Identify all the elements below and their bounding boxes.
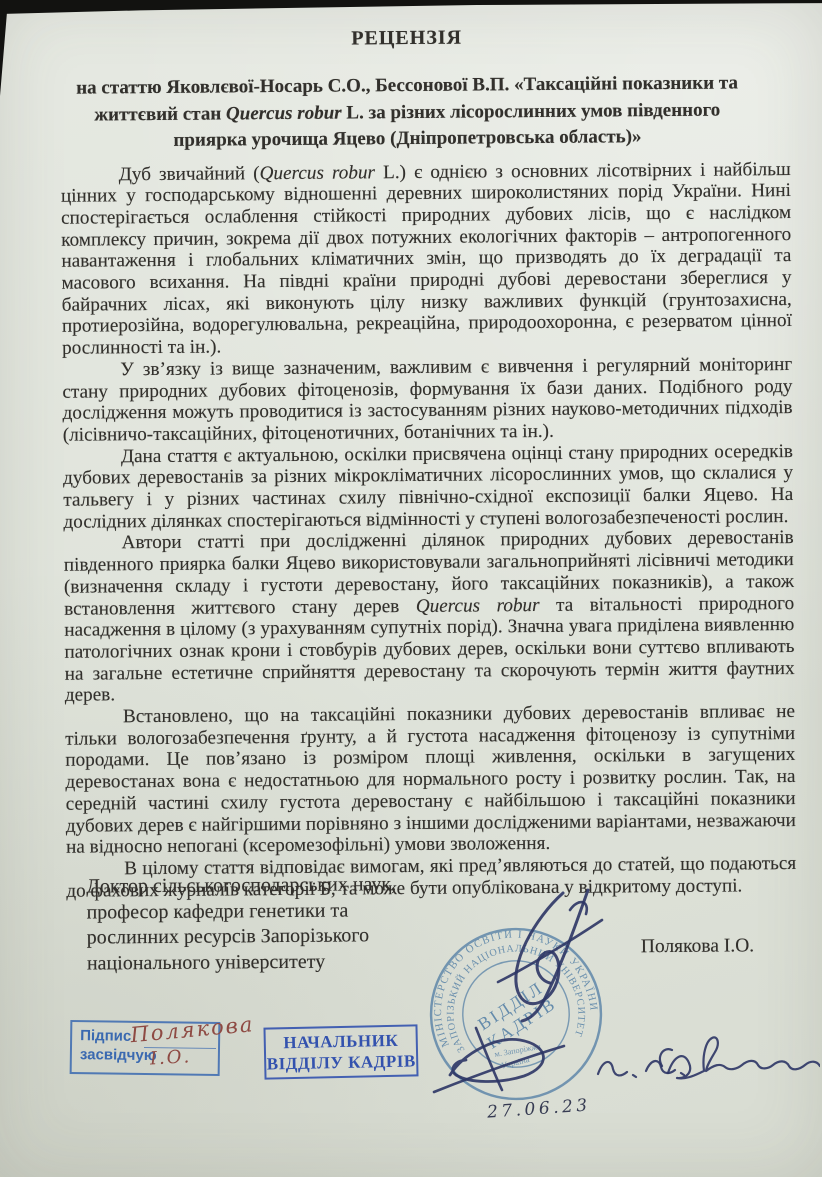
credentials-line-2: професор кафедри генетики та [86, 898, 396, 926]
paragraph-4-latin-species: Quercus robur [416, 595, 540, 617]
paragraph-2: У зв’язку із вище зазначеним, важливим є… [62, 354, 793, 447]
round-university-seal: МІНІСТЕРСТВО ОСВІТИ І НАУКИ УКРАЇНИ ЗАПО… [428, 926, 604, 1102]
paragraph-3: Дана стаття є актуальною, оскілки присвя… [63, 441, 794, 534]
document-content: РЕЦЕНЗІЯ на статтю Яковлєвої-Носарь С.О.… [0, 0, 822, 1177]
document-subtitle: на статтю Яковлєвої-Носарь С.О., Бессоно… [71, 70, 744, 155]
paragraph-1-latin-species: Quercus robur [260, 162, 376, 184]
scanned-review-document: РЕЦЕНЗІЯ на статтю Яковлєвої-Носарь С.О.… [0, 0, 822, 1177]
document-body: Дуб звичайний (Quercus robur L.) є одніє… [61, 159, 797, 903]
credentials-line-3: рослинних ресурсів Запорізького [87, 923, 397, 951]
signature-certify-stamp: Підпис засвідчую Полякова І.О. [70, 1020, 221, 1076]
credentials-line-1: Доктор сільськогосподарських наук, [86, 872, 396, 900]
credentials-line-4: національного університету [87, 949, 397, 977]
subtitle-latin-species: Quercus robur [226, 102, 342, 124]
reviewer-credentials: Доктор сільськогосподарських наук, профе… [86, 872, 397, 976]
document-title: РЕЦЕНЗІЯ [0, 24, 818, 53]
paragraph-5: Встановлено, що на таксаційні показники … [65, 701, 796, 859]
paragraph-1-text: Дуб звичайний ( [119, 163, 260, 185]
paragraph-1: Дуб звичайний (Quercus robur L.) є одніє… [61, 159, 793, 360]
hr-head-stamp: НАЧАЛЬНИК ВІДДІЛУ КАДРІВ [263, 1024, 418, 1079]
reviewer-name: Полякова І.О. [641, 935, 754, 958]
paragraph-1-text-cont: L.) є однією з основних лісотвірних і на… [61, 159, 792, 359]
hr-head-stamp-line-2: ВІДДІЛУ КАДРІВ [266, 1050, 416, 1074]
handwritten-initials: І.О. [149, 1046, 191, 1069]
paragraph-4: Автори статті при дослідженні ділянок пр… [64, 527, 795, 706]
